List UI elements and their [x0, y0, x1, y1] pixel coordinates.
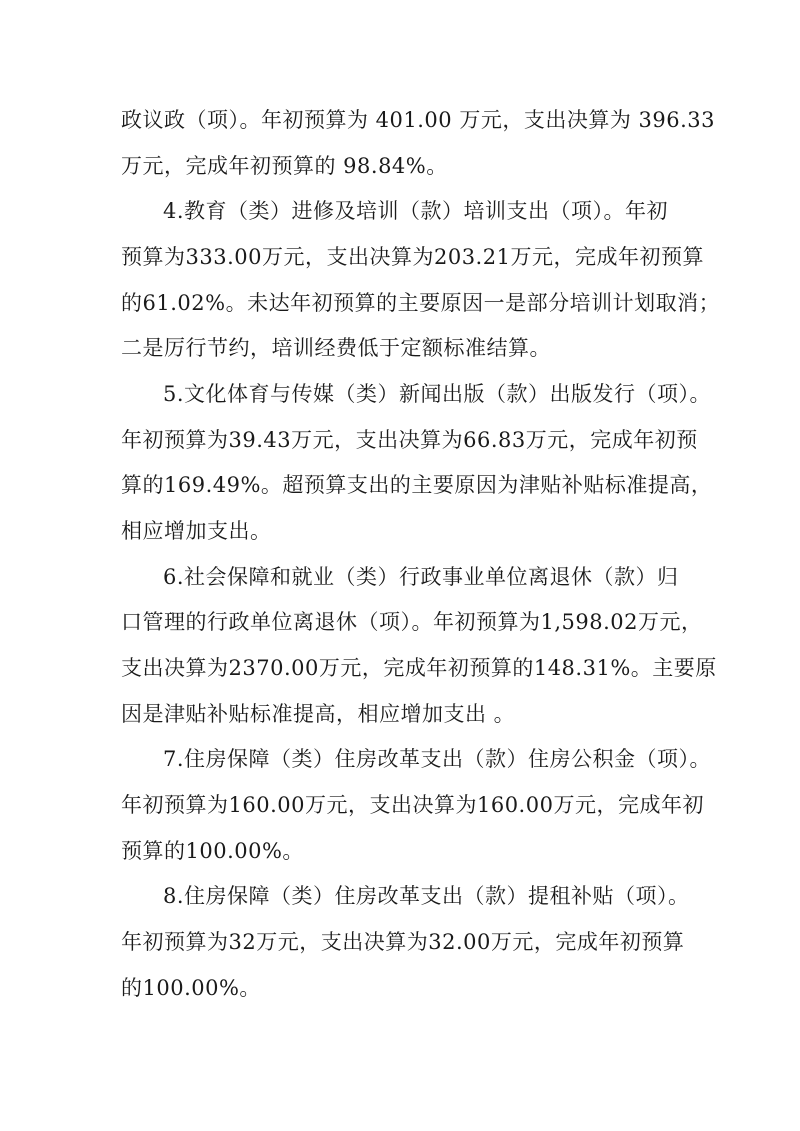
paragraph-line: 年初预算为39.43万元，支出决算为66.83万元，完成年初预: [121, 426, 681, 454]
paragraph-line: 4.教育（类）进修及培训（款）培训支出（项）。年初: [163, 197, 683, 225]
paragraph-line: 算的169.49%。超预算支出的主要原因为津贴补贴标准提高，: [121, 471, 681, 499]
paragraph-line: 年初预算为32万元，支出决算为32.00万元，完成年初预算: [121, 928, 681, 956]
paragraph-line: 7.住房保障（类）住房改革支出（款）住房公积金（项）。: [163, 745, 683, 773]
paragraph-line: 万元，完成年初预算的 98.84%。: [121, 152, 681, 180]
paragraph-line: 8.住房保障（类）住房改革支出（款）提租补贴（项）。: [163, 882, 683, 910]
paragraph-line: 支出决算为2370.00万元，完成年初预算的148.31%。主要原: [121, 654, 681, 682]
paragraph-line: 的61.02%。未达年初预算的主要原因一是部分培训计划取消；: [121, 289, 681, 317]
paragraph-line: 年初预算为160.00万元，支出决算为160.00万元，完成年初: [121, 791, 681, 819]
paragraph-line: 相应增加支出。: [121, 517, 681, 545]
paragraph-line: 二是厉行节约，培训经费低于定额标准结算。: [121, 334, 681, 362]
paragraph-line: 预算的100.00%。: [121, 837, 681, 865]
paragraph-line: 6.社会保障和就业（类）行政事业单位离退休（款）归: [163, 563, 683, 591]
paragraph-line: 预算为333.00万元，支出决算为203.21万元，完成年初预算: [121, 243, 681, 271]
paragraph-line: 5.文化体育与传媒（类）新闻出版（款）出版发行（项）。: [163, 380, 683, 408]
paragraph-line: 的100.00%。: [121, 974, 681, 1002]
paragraph-line: 政议政（项）。年初预算为 401.00 万元，支出决算为 396.33: [121, 106, 681, 134]
document-page: 政议政（项）。年初预算为 401.00 万元，支出决算为 396.33 万元，完…: [0, 0, 800, 1131]
paragraph-line: 因是津贴补贴标准提高，相应增加支出 。: [121, 700, 681, 728]
paragraph-line: 口管理的行政单位离退休（项）。年初预算为1,598.02万元，: [121, 608, 681, 636]
